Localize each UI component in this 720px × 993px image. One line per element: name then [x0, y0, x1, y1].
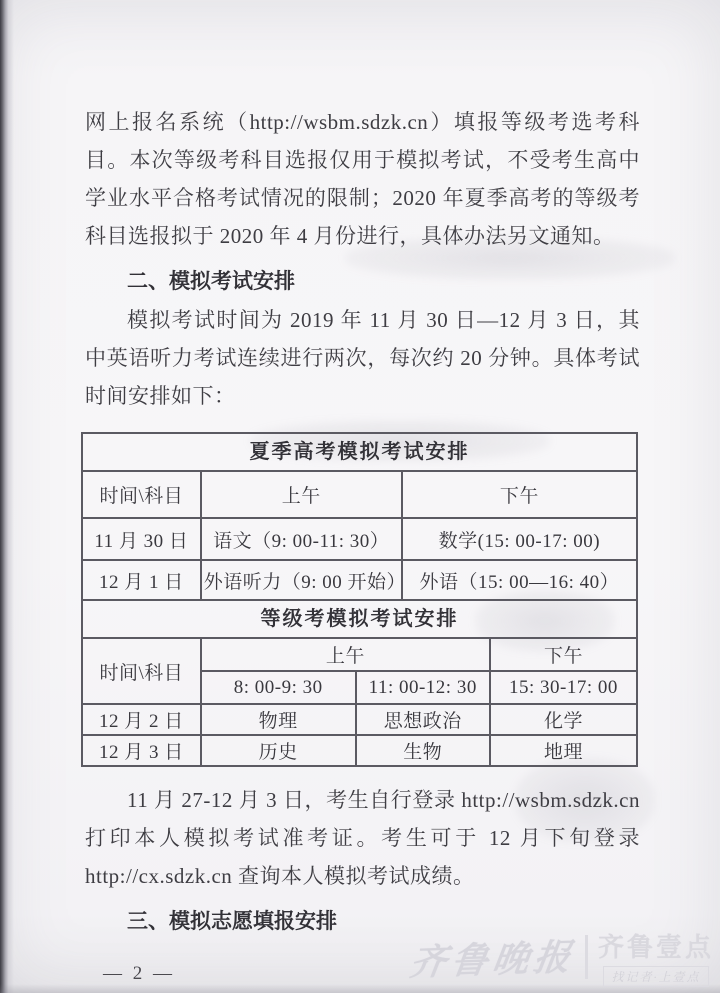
body-paragraph-2: 模拟考试时间为 2019 年 11 月 30 日—12 月 3 日，其中英语听力… — [85, 301, 640, 415]
table-row: 12 月 1 日 外语听力（9: 00 开始） 外语（15: 00—16: 40… — [82, 560, 637, 600]
qilu-evening-news-logo: 齐鲁晚报 — [407, 929, 579, 986]
table-row: 12 月 2 日 物理 思想政治 化学 — [82, 704, 637, 735]
summer-header-afternoon: 下午 — [402, 471, 637, 518]
body-paragraph-1: 网上报名系统（http://wsbm.sdzk.cn）填报等级考选考科目。本次等… — [85, 103, 640, 255]
table-cell-subject: 数学(15: 00-17: 00) — [402, 518, 637, 560]
document-body: 网上报名系统（http://wsbm.sdzk.cn）填报等级考选考科目。本次等… — [85, 103, 640, 985]
section-2-heading: 二、模拟考试安排 — [85, 263, 640, 301]
grade-header-afternoon: 下午 — [490, 638, 637, 671]
table-cell-timeslot: 15: 30-17: 00 — [490, 671, 637, 704]
table-cell-subject: 地理 — [490, 735, 637, 766]
table-cell-date: 12 月 2 日 — [82, 704, 201, 735]
table-row: 12 月 3 日 历史 生物 地理 — [82, 735, 637, 766]
grade-header-morning: 上午 — [201, 638, 490, 671]
summer-header-time-subject: 时间\科目 — [82, 471, 201, 518]
summer-exam-table-title: 夏季高考模拟考试安排 — [81, 432, 638, 472]
table-cell-date: 11 月 30 日 — [82, 518, 201, 560]
qilu-watermark: 齐鲁晚报 齐鲁壹点 找记者·上壹点 — [411, 927, 714, 987]
body-paragraph-3: 11 月 27-12 月 3 日，考生自行登录 http://wsbm.sdzk… — [85, 781, 640, 895]
watermark-divider — [585, 935, 588, 979]
table-cell-subject: 语文（9: 00-11: 30） — [201, 518, 402, 560]
scanner-edge-shadow — [0, 0, 14, 993]
grade-exam-table: 时间\科目 上午 下午 8: 00-9: 30 11: 00-12: 30 15… — [81, 637, 638, 767]
qilu-yidian-logo: 齐鲁壹点 — [598, 927, 714, 964]
grade-header-row: 时间\科目 上午 下午 — [82, 638, 637, 671]
summer-header-morning: 上午 — [201, 471, 402, 518]
table-cell-timeslot: 11: 00-12: 30 — [356, 671, 490, 704]
grade-header-time-subject: 时间\科目 — [82, 638, 201, 704]
table-cell-subject: 物理 — [201, 704, 356, 735]
table-cell-subject: 生物 — [356, 735, 490, 766]
summer-header-row: 时间\科目 上午 下午 — [82, 471, 637, 518]
table-cell-subject: 外语听力（9: 00 开始） — [201, 560, 402, 600]
table-cell-subject: 思想政治 — [356, 704, 490, 735]
table-cell-subject: 化学 — [490, 704, 637, 735]
scanned-document-page: 网上报名系统（http://wsbm.sdzk.cn）填报等级考选考科目。本次等… — [0, 0, 720, 993]
table-cell-date: 12 月 3 日 — [82, 735, 201, 766]
watermark-tagline: 找记者·上壹点 — [603, 966, 708, 987]
exam-schedule-table: 夏季高考模拟考试安排 时间\科目 上午 下午 11 月 30 日 语文（9: 0… — [81, 432, 638, 767]
table-cell-subject: 外语（15: 00—16: 40） — [402, 560, 637, 600]
table-cell-timeslot: 8: 00-9: 30 — [201, 671, 356, 704]
qilu-yidian-block: 齐鲁壹点 找记者·上壹点 — [598, 927, 714, 987]
grade-exam-table-title: 等级考模拟考试安排 — [81, 599, 638, 639]
table-cell-subject: 历史 — [201, 735, 356, 766]
table-cell-date: 12 月 1 日 — [82, 560, 201, 600]
summer-exam-table: 时间\科目 上午 下午 11 月 30 日 语文（9: 00-11: 30） 数… — [81, 470, 638, 601]
table-row: 11 月 30 日 语文（9: 00-11: 30） 数学(15: 00-17:… — [82, 518, 637, 560]
